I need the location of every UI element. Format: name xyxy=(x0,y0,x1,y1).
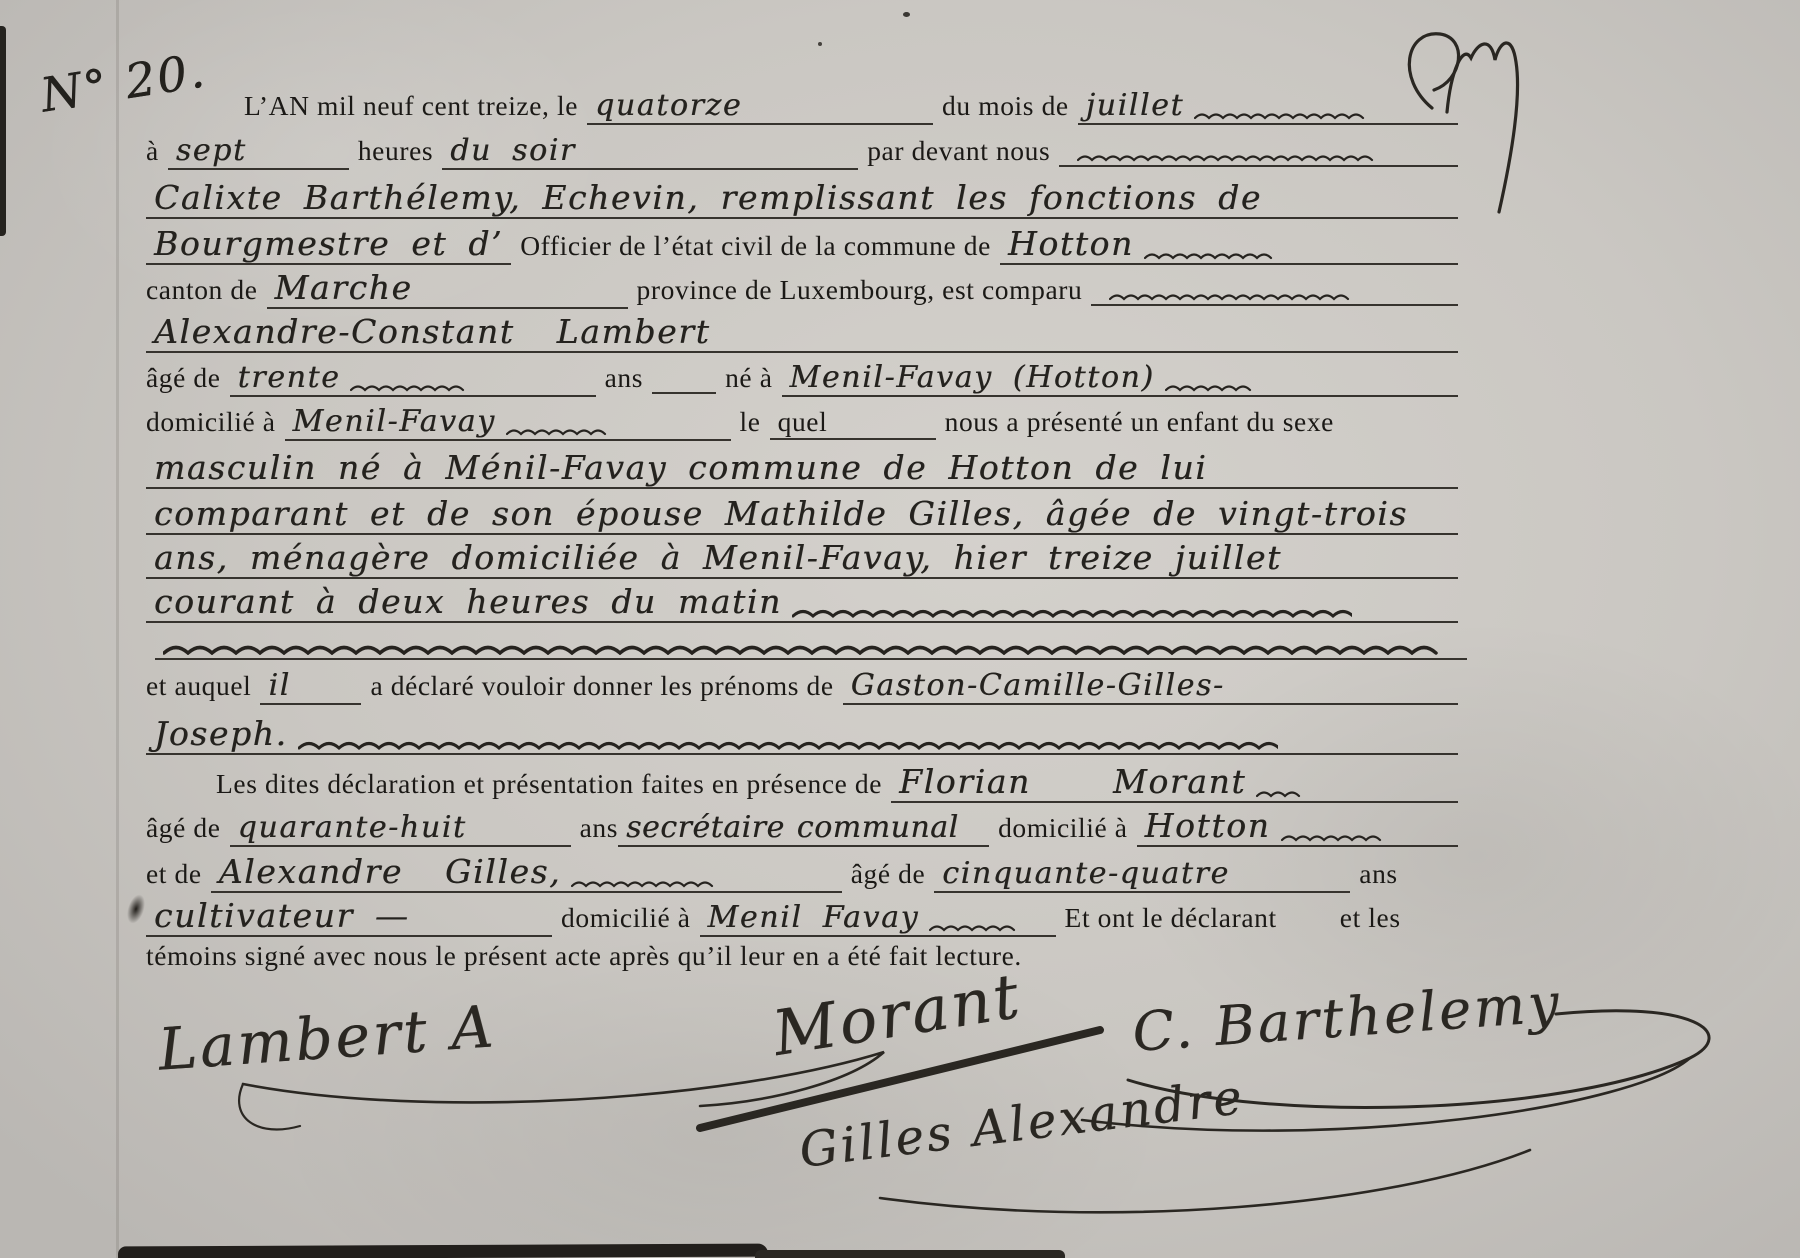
form-line-14: et auquel il a déclaré vouloir donner le… xyxy=(146,668,1458,714)
ink-speck xyxy=(903,12,910,17)
entry-blank xyxy=(1059,147,1458,167)
entry-age: trente xyxy=(230,360,596,397)
form-line-6: Alexandre-Constant Lambert xyxy=(146,312,1458,358)
form-line-1: L’AN mil neuf cent treize, le quatorze d… xyxy=(244,88,1458,134)
form-line-15: Joseph. xyxy=(146,714,1458,760)
entry-hour: sept xyxy=(168,133,349,170)
squiggle-filler xyxy=(571,878,721,888)
crossed-out-blank xyxy=(155,626,1467,660)
printed-text: et les xyxy=(1340,902,1401,934)
form-line-3: Calixte Barthélemy, Echevin, remplissant… xyxy=(146,178,1458,224)
squiggle-filler xyxy=(1194,110,1374,120)
printed-text: né à xyxy=(725,362,772,394)
form-line-18: et de Alexandre Gilles, âgé de cinquante… xyxy=(146,852,1458,898)
handwritten-entry: cinquante-quatre xyxy=(942,856,1230,891)
handwritten-entry: Florian Morant xyxy=(899,762,1246,801)
printed-text: canton de xyxy=(146,274,258,306)
squiggle-filler xyxy=(163,641,1453,655)
form-line-16: Les dites déclaration et présentation fa… xyxy=(216,762,1458,808)
form-line-13 xyxy=(155,626,1467,672)
entry-declarant-name: Alexandre-Constant Lambert xyxy=(146,312,1458,353)
printed-text: quel xyxy=(778,406,828,438)
form-line-20: témoins signé avec nous le présent acte … xyxy=(146,940,1458,986)
printed-text: ans xyxy=(605,362,643,394)
printed-text: à xyxy=(146,135,159,167)
entry-witness2-occupation: cultivateur — xyxy=(146,896,552,937)
printed-text: âgé de xyxy=(146,812,221,844)
handwritten-entry: quatorze xyxy=(595,88,742,123)
squiggle-filler xyxy=(1109,291,1359,301)
ink-speck xyxy=(818,42,822,46)
squiggle-filler xyxy=(792,606,1352,618)
squiggle-filler xyxy=(1165,382,1255,392)
printed-text: le xyxy=(740,406,761,438)
entry-given-names: Gaston-Camille-Gilles- xyxy=(843,668,1458,705)
handwritten-entry: Alexandre-Constant Lambert xyxy=(154,312,710,351)
printed-text: L’AN mil neuf cent treize, le xyxy=(244,90,578,122)
handwritten-entry: Menil-Favay xyxy=(293,404,496,439)
scanned-birth-certificate: N° 20. L’AN mil neuf cent treize, le qua… xyxy=(0,0,1800,1258)
entry-witness1-occupation: secrétaire communal xyxy=(618,810,989,847)
printed-text: âgé de xyxy=(851,858,926,890)
handwritten-entry: Alexandre Gilles, xyxy=(219,852,562,891)
printed-text: domicilié à xyxy=(146,406,276,438)
squiggle-filler xyxy=(1256,788,1306,798)
printed-text: et auquel xyxy=(146,670,251,702)
handwritten-entry: courant à deux heures du matin xyxy=(154,582,782,621)
entry-officer-title: Bourgmestre et d’ xyxy=(146,224,511,265)
form-line-12: courant à deux heures du matin xyxy=(146,582,1458,628)
printed-text: Les dites déclaration et présentation fa… xyxy=(216,768,882,800)
handwritten-entry: masculin né à Ménil-Favay commune de Hot… xyxy=(154,448,1207,487)
handwritten-entry: Hotton xyxy=(1145,806,1271,845)
signature-declarant: Lambert A xyxy=(156,992,498,1083)
entry-blank xyxy=(652,374,716,394)
printed-text: par devant nous xyxy=(867,135,1050,167)
entry-blank xyxy=(1091,286,1458,306)
paper-fold-line xyxy=(116,0,119,1258)
entry-commune: Hotton xyxy=(1000,224,1458,265)
handwritten-entry: secrétaire communal xyxy=(626,810,959,845)
printed-text: heures xyxy=(358,135,433,167)
printed-text: ans xyxy=(580,812,618,844)
handwritten-entry: Gaston-Camille-Gilles- xyxy=(851,668,1225,703)
form-line-7: âgé de trente ans né à Menil-Favay (Hott… xyxy=(146,360,1458,406)
entry-witness2-name: Alexandre Gilles, xyxy=(211,852,842,893)
handwritten-entry: Calixte Barthélemy, Echevin, remplissant… xyxy=(154,178,1262,217)
printed-text: domicilié à xyxy=(998,812,1128,844)
handwritten-entry: du soir xyxy=(450,133,576,168)
entry-residence: Menil-Favay xyxy=(285,404,731,441)
squiggle-filler xyxy=(1144,250,1274,260)
handwritten-entry: Menil-Favay (Hotton) xyxy=(790,360,1155,395)
squiggle-filler xyxy=(298,738,1278,750)
handwritten-entry: Menil Favay xyxy=(708,900,920,935)
scan-bottom-edge xyxy=(755,1250,1065,1258)
form-line-2: à sept heures du soir par devant nous xyxy=(146,133,1458,179)
entry-birthplace: Menil-Favay (Hotton) xyxy=(782,360,1459,397)
entry-month: juillet xyxy=(1078,88,1458,125)
squiggle-filler xyxy=(506,426,616,436)
ink-blot xyxy=(124,892,148,925)
printed-text: domicilié à xyxy=(561,902,691,934)
squiggle-filler xyxy=(1281,832,1391,842)
form-line-17: âgé de quarante-huit ans secrétaire comm… xyxy=(146,806,1458,852)
handwritten-entry: Marche xyxy=(275,268,413,307)
entry-witness1-residence: Hotton xyxy=(1137,806,1458,847)
printed-text: nous a présenté un enfant du sexe xyxy=(945,406,1334,438)
entry-mother-details: ans, ménagère domiciliée à Menil-Favay, … xyxy=(146,538,1458,579)
handwritten-entry: Joseph. xyxy=(154,714,288,753)
handwritten-entry: il xyxy=(268,668,290,703)
entry-pronoun: il xyxy=(260,668,361,705)
form-line-11: ans, ménagère domiciliée à Menil-Favay, … xyxy=(146,538,1458,584)
squiggle-filler xyxy=(929,922,1019,932)
printed-text: ans xyxy=(1359,858,1397,890)
printed-text: Officier de l’état civil de la commune d… xyxy=(520,230,991,262)
entry-witness1-name: Florian Morant xyxy=(891,762,1458,803)
form-line-19: cultivateur — domicilié à Menil Favay Et… xyxy=(146,896,1458,942)
entry-witness2-residence: Menil Favay xyxy=(700,900,1056,937)
scan-bottom-edge xyxy=(118,1244,768,1258)
form-line-4: Bourgmestre et d’ Officier de l’état civ… xyxy=(146,224,1458,270)
scan-edge-mark xyxy=(0,26,6,236)
signature-witness2: Gilles Alexandre xyxy=(796,1069,1247,1179)
printed-text: âgé de xyxy=(146,362,221,394)
printed-text: a déclaré vouloir donner les prénoms de xyxy=(370,670,833,702)
form-line-9: masculin né à Ménil-Favay commune de Hot… xyxy=(146,448,1458,494)
entry-blank: quel xyxy=(770,406,936,440)
handwritten-entry: Hotton xyxy=(1008,224,1134,263)
printed-text: et de xyxy=(146,858,202,890)
entry-child-sex-birth: masculin né à Ménil-Favay commune de Hot… xyxy=(146,448,1458,489)
printed-text: témoins signé avec nous le présent acte … xyxy=(146,940,1022,972)
printed-text: province de Luxembourg, est comparu xyxy=(637,274,1083,306)
squiggle-filler xyxy=(350,382,470,392)
act-number: N° 20. xyxy=(37,43,210,123)
form-line-5: canton de Marche province de Luxembourg,… xyxy=(146,268,1458,314)
handwritten-entry: comparant et de son épouse Mathilde Gill… xyxy=(154,494,1408,533)
squiggle-filler xyxy=(1077,152,1377,162)
handwritten-entry: ans, ménagère domiciliée à Menil-Favay, … xyxy=(154,538,1282,577)
handwritten-entry: cultivateur — xyxy=(154,896,410,935)
entry-day: quatorze xyxy=(587,88,933,125)
handwritten-entry: quarante-huit xyxy=(238,810,467,845)
entry-canton: Marche xyxy=(267,268,628,309)
handwritten-entry: juillet xyxy=(1086,88,1184,123)
printed-text: Et ont le déclarant xyxy=(1065,902,1277,934)
entry-mother: comparant et de son épouse Mathilde Gill… xyxy=(146,494,1458,535)
handwritten-entry: sept xyxy=(176,133,247,168)
handwritten-entry: Bourgmestre et d’ xyxy=(154,224,503,263)
entry-given-names-cont: Joseph. xyxy=(146,714,1458,755)
entry-birth-time: courant à deux heures du matin xyxy=(146,582,1458,623)
entry-officer-name: Calixte Barthélemy, Echevin, remplissant… xyxy=(146,178,1458,219)
entry-daypart: du soir xyxy=(442,133,858,170)
entry-witness2-age: cinquante-quatre xyxy=(934,856,1350,893)
entry-witness1-age: quarante-huit xyxy=(230,810,571,847)
handwritten-entry: trente xyxy=(238,360,341,395)
form-line-10: comparant et de son épouse Mathilde Gill… xyxy=(146,494,1458,540)
form-line-8: domicilié à Menil-Favay le quel nous a p… xyxy=(146,404,1458,450)
printed-text: du mois de xyxy=(942,90,1069,122)
